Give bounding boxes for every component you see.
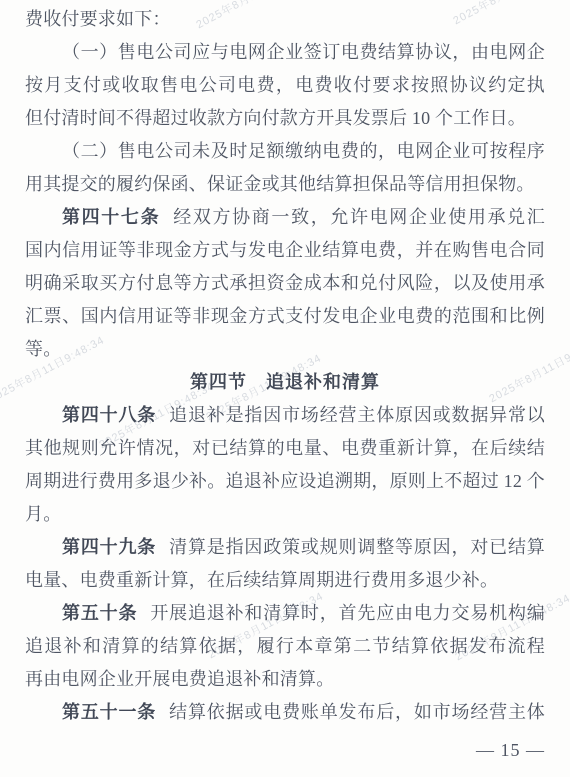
document-line: 第四十八条追退补是指因市场经营主体原因或数据异常以及 — [25, 399, 545, 432]
line-text: 其他规则允许情况，对已结算的电量、电费重新计算，在后续结算 — [25, 438, 545, 465]
document-line: 第四十七条经双方协商一致，允许电网企业使用承兑汇票、 — [25, 201, 545, 234]
document-line: 按月支付或收取售电公司电费，电费收付要求按照协议约定执行， — [25, 69, 545, 102]
document-line: 其他规则允许情况，对已结算的电量、电费重新计算，在后续结算 — [25, 432, 545, 465]
line-text: （一）售电公司应与电网企业签订电费结算协议，由电网企业 — [25, 42, 545, 69]
document-line: 明确采取买方付息等方式承担资金成本和兑付风险，以及使用承兑 — [25, 267, 545, 300]
line-text: 但付清时间不得超过收款方向付款方开具发票后 10 个工作日。 — [25, 108, 526, 128]
line-text: 明确采取买方付息等方式承担资金成本和兑付风险，以及使用承兑 — [25, 273, 545, 300]
document-page: 2025年8月11日9:48:342025年8月11日9:48:342025年8… — [0, 0, 570, 777]
line-text: 国内信用证等非现金方式与发电企业结算电费，并在购售电合同中 — [25, 240, 545, 267]
article-number: 第四十八条 — [62, 405, 156, 425]
document-line: （二）售电公司未及时足额缴纳电费的，电网企业可按程序使 — [25, 135, 545, 168]
article-number: 第五十条 — [62, 603, 137, 623]
line-text: 用其提交的履约保函、保证金或其他结算担保品等信用担保物。 — [25, 174, 535, 194]
line-text: 等。 — [25, 339, 61, 359]
document-line: 国内信用证等非现金方式与发电企业结算电费，并在购售电合同中 — [25, 234, 545, 267]
article-number: 第五十一条 — [62, 702, 156, 722]
line-text: （二）售电公司未及时足额缴纳电费的，电网企业可按程序使 — [25, 141, 545, 168]
document-content: 费收付要求如下：（一）售电公司应与电网企业签订电费结算协议，由电网企业按月支付或… — [25, 3, 545, 729]
document-line: 用其提交的履约保函、保证金或其他结算担保品等信用担保物。 — [25, 168, 545, 201]
document-line: （一）售电公司应与电网企业签订电费结算协议，由电网企业 — [25, 36, 545, 69]
line-text: 周期进行费用多退少补。追退补应设追溯期，原则上不超过 12 个 — [25, 471, 545, 491]
section-heading: 第四节 追退补和清算 — [25, 366, 545, 399]
line-text: 月。 — [25, 504, 61, 524]
line-text: 第四节 追退补和清算 — [190, 372, 380, 392]
line-text: 电量、电费重新计算，在后续结算周期进行费用多退少补。 — [25, 570, 498, 590]
document-line: 再由电网企业开展电费追退补和清算。 — [25, 663, 545, 696]
document-line: 月。 — [25, 498, 545, 531]
page-number: — 15 — — [476, 736, 545, 764]
document-line: 第五十一条结算依据或电费账单发布后，如市场经营主体存 — [25, 696, 545, 729]
line-text: 汇票、国内信用证等非现金方式支付发电企业电费的范围和比例 — [25, 306, 545, 326]
line-text: 按月支付或收取售电公司电费，电费收付要求按照协议约定执行， — [25, 75, 545, 102]
line-text: 追退补和清算的结算依据，履行本章第二节结算依据发布流程后， — [25, 636, 545, 663]
line-text: 再由电网企业开展电费追退补和清算。 — [25, 669, 334, 689]
document-line: 第五十条开展追退补和清算时，首先应由电力交易机构编制 — [25, 597, 545, 630]
article-number: 第四十九条 — [62, 537, 156, 557]
document-line: 周期进行费用多退少补。追退补应设追溯期，原则上不超过 12 个 — [25, 465, 545, 498]
document-line: 汇票、国内信用证等非现金方式支付发电企业电费的范围和比例 — [25, 300, 545, 333]
document-line: 费收付要求如下： — [25, 3, 545, 36]
line-text: 费收付要求如下： — [25, 9, 171, 29]
document-line: 电量、电费重新计算，在后续结算周期进行费用多退少补。 — [25, 564, 545, 597]
article-number: 第四十七条 — [62, 207, 160, 227]
document-line: 但付清时间不得超过收款方向付款方开具发票后 10 个工作日。 — [25, 102, 545, 135]
document-line: 追退补和清算的结算依据，履行本章第二节结算依据发布流程后， — [25, 630, 545, 663]
document-line: 第四十九条清算是指因政策或规则调整等原因，对已结算的 — [25, 531, 545, 564]
document-line: 等。 — [25, 333, 545, 366]
